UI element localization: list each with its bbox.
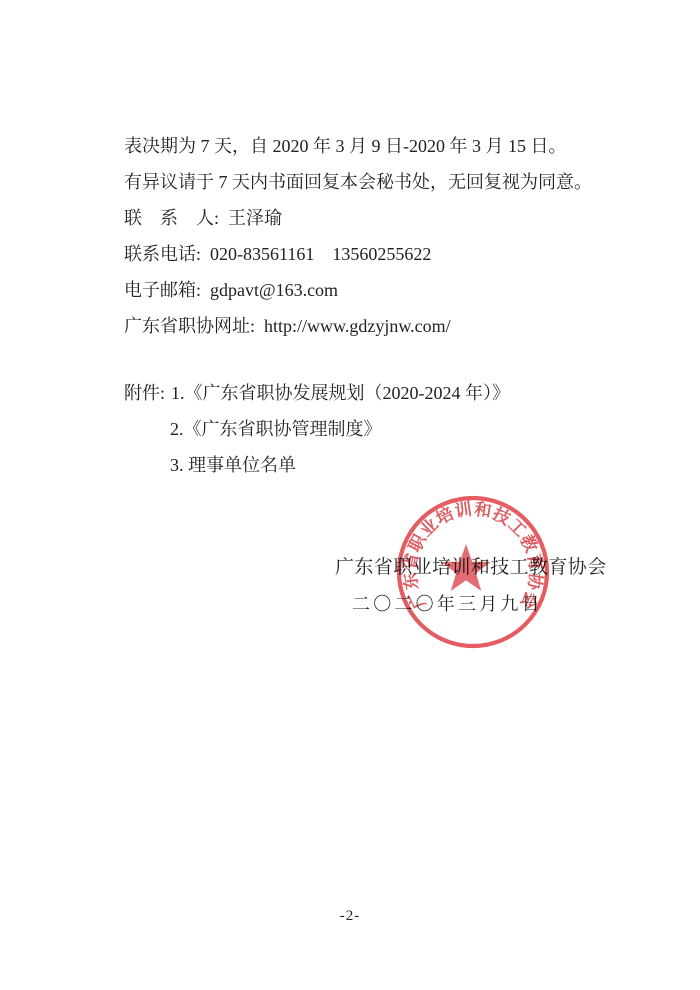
attachment-item-2: 2.《广东省职协管理制度》	[124, 411, 604, 447]
attachment-item-1: 1.《广东省职协发展规划（2020-2024 年）》	[165, 383, 510, 403]
paragraph-objection: 有异议请于 7 天内书面回复本会秘书处，无回复视为同意。	[124, 164, 604, 200]
contact-phone-line: 联系电话: 020-83561161 13560255622	[124, 236, 604, 272]
official-seal: 广东省职业培训和技工教育协会	[388, 487, 558, 657]
document-body: 表决期为 7 天，自 2020 年 3 月 9 日-2020 年 3 月 15 …	[124, 128, 604, 483]
contact-email-line: 电子邮箱: gdpavt@163.com	[124, 272, 604, 308]
page-number: -2-	[0, 908, 700, 925]
contact-person-line: 联 系 人: 王泽瑜	[124, 200, 604, 236]
attachments-section: 附件:1.《广东省职协发展规划（2020-2024 年）》 2.《广东省职协管理…	[124, 375, 604, 483]
attachments-label: 附件:	[124, 383, 165, 403]
seal-curved-text: 广东省职业培训和技工教育协会	[399, 499, 546, 614]
attachment-line-1: 附件:1.《广东省职协发展规划（2020-2024 年）》	[124, 375, 604, 411]
seal-star-icon	[441, 544, 490, 591]
document-page: 表决期为 7 天，自 2020 年 3 月 9 日-2020 年 3 月 15 …	[0, 0, 700, 990]
paragraph-vote-period: 表决期为 7 天，自 2020 年 3 月 9 日-2020 年 3 月 15 …	[124, 128, 604, 164]
attachment-item-3: 3. 理事单位名单	[124, 447, 604, 483]
website-line: 广东省职协网址: http://www.gdzyjnw.com/	[124, 308, 604, 344]
